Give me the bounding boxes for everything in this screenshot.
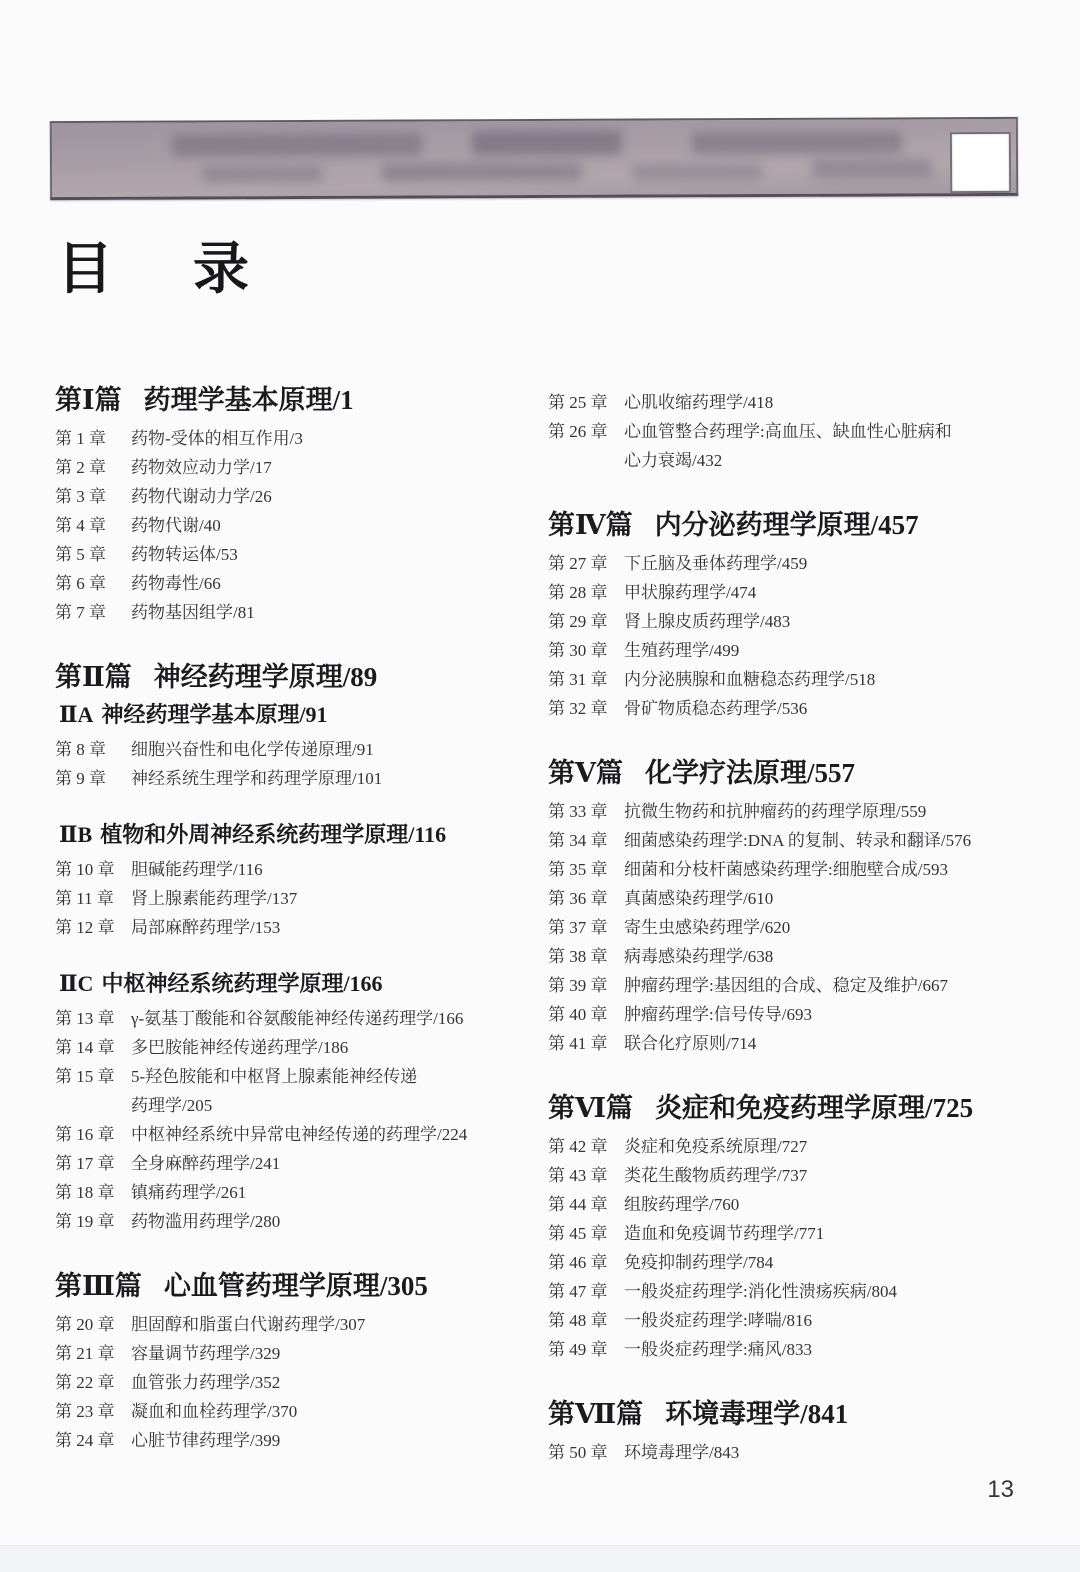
chapter-list: 第 10 章胆碱能药理学/116第 11 章肾上腺素能药理学/137第 12 章… xyxy=(55,855,525,942)
chapter-title-line: 血管张力药理学/352 xyxy=(131,1368,280,1397)
chapter-label: 第 10 章 xyxy=(55,855,123,884)
chapter-row: 第 33 章抗微生物药和抗肿瘤药的药理学原理/559 xyxy=(548,797,1016,826)
chapter-row: 第 4 章药物代谢/40 xyxy=(55,511,525,540)
chapter-title: 一般炎症药理学:痛风/833 xyxy=(624,1335,812,1364)
chapter-title-line: 联合化疗原则/714 xyxy=(624,1029,756,1058)
chapter-title-line: 局部麻醉药理学/153 xyxy=(131,913,280,942)
sub-heading: ⅡC中枢神经系统药理学原理/166 xyxy=(55,968,525,1000)
sub-title: 植物和外周神经系统药理学原理/116 xyxy=(100,819,446,851)
chapter-title: 类花生酸物质药理学/737 xyxy=(624,1161,807,1190)
chapter-label: 第 43 章 xyxy=(548,1161,616,1190)
chapter-title: 肿瘤药理学:信号传导/693 xyxy=(624,1000,812,1029)
chapter-title-line: 胆碱能药理学/116 xyxy=(131,855,263,884)
chapter-row: 第 20 章胆固醇和脂蛋白代谢药理学/307 xyxy=(55,1310,525,1339)
chapter-title: 肿瘤药理学:基因组的合成、稳定及维护/667 xyxy=(624,971,948,1000)
chapter-list: 第 8 章细胞兴奋性和电化学传递原理/91第 9 章神经系统生理学和药理学原理/… xyxy=(55,735,525,793)
chapter-title-line: 细菌感染药理学:DNA 的复制、转录和翻译/576 xyxy=(624,826,971,855)
part-number: 第Ⅱ篇 xyxy=(55,657,132,697)
chapter-list: 第 25 章心肌收缩药理学/418第 26 章心血管整合药理学:高血压、缺血性心… xyxy=(548,388,1016,475)
chapter-title: 胆碱能药理学/116 xyxy=(131,855,263,884)
chapter-title-line: 真菌感染药理学/610 xyxy=(624,884,773,913)
chapter-label: 第 27 章 xyxy=(548,549,616,578)
sub-number: ⅡA xyxy=(59,699,93,731)
sub-number: ⅡB xyxy=(59,819,92,851)
page-number: 13 xyxy=(987,1476,1014,1504)
part-title: 环境毒理学/841 xyxy=(665,1394,848,1434)
chapter-title: 局部麻醉药理学/153 xyxy=(131,913,280,942)
chapter-title-line: 心血管整合药理学:高血压、缺血性心脏病和 xyxy=(624,417,952,446)
toc-section: 第 25 章心肌收缩药理学/418第 26 章心血管整合药理学:高血压、缺血性心… xyxy=(548,388,1016,475)
chapter-title-line: 肾上腺素能药理学/137 xyxy=(131,884,297,913)
chapter-title-line: 免疫抑制药理学/784 xyxy=(624,1248,773,1277)
chapter-label: 第 39 章 xyxy=(548,971,616,1000)
chapter-title: 骨矿物质稳态药理学/536 xyxy=(624,694,807,723)
chapter-label: 第 6 章 xyxy=(55,569,123,598)
chapter-title: 药物基因组学/81 xyxy=(131,598,255,627)
chapter-title-line: 病毒感染药理学/638 xyxy=(624,942,773,971)
chapter-title-line: 药物滥用药理学/280 xyxy=(131,1207,280,1236)
chapter-label: 第 44 章 xyxy=(548,1190,616,1219)
chapter-row: 第 36 章真菌感染药理学/610 xyxy=(548,884,1016,913)
chapter-title: 细菌感染药理学:DNA 的复制、转录和翻译/576 xyxy=(624,826,971,855)
chapter-row: 第 32 章骨矿物质稳态药理学/536 xyxy=(548,694,1016,723)
chapter-title-line: 炎症和免疫系统原理/727 xyxy=(624,1132,807,1161)
chapter-title: 一般炎症药理学:消化性溃疡疾病/804 xyxy=(624,1277,897,1306)
chapter-title: 镇痛药理学/261 xyxy=(131,1178,246,1207)
chapter-title-line: 类花生酸物质药理学/737 xyxy=(624,1161,807,1190)
chapter-row: 第 50 章环境毒理学/843 xyxy=(548,1438,1016,1467)
chapter-list: 第 27 章下丘脑及垂体药理学/459第 28 章甲状腺药理学/474第 29 … xyxy=(548,549,1016,723)
chapter-label: 第 11 章 xyxy=(55,884,123,913)
chapter-row: 第 15 章5-羟色胺能和中枢肾上腺素能神经传递药理学/205 xyxy=(55,1062,525,1120)
chapter-title-line: 细胞兴奋性和电化学传递原理/91 xyxy=(131,735,374,764)
chapter-label: 第 16 章 xyxy=(55,1120,123,1149)
chapter-title: 5-羟色胺能和中枢肾上腺素能神经传递药理学/205 xyxy=(131,1062,417,1120)
chapter-title: 一般炎症药理学:哮喘/816 xyxy=(624,1306,812,1335)
chapter-title-line: 一般炎症药理学:痛风/833 xyxy=(624,1335,812,1364)
chapter-title-line: 骨矿物质稳态药理学/536 xyxy=(624,694,807,723)
sub-heading: ⅡB植物和外周神经系统药理学原理/116 xyxy=(55,819,525,851)
chapter-list: 第 42 章炎症和免疫系统原理/727第 43 章类花生酸物质药理学/737第 … xyxy=(548,1132,1016,1364)
chapter-row: 第 40 章肿瘤药理学:信号传导/693 xyxy=(548,1000,1016,1029)
chapter-row: 第 8 章细胞兴奋性和电化学传递原理/91 xyxy=(55,735,525,764)
chapter-title: 中枢神经系统中异常电神经传递的药理学/224 xyxy=(131,1120,467,1149)
chapter-title: 造血和免疫调节药理学/771 xyxy=(624,1219,824,1248)
chapter-title-line: 胆固醇和脂蛋白代谢药理学/307 xyxy=(131,1310,365,1339)
chapter-row: 第 10 章胆碱能药理学/116 xyxy=(55,855,525,884)
toc-section: 第Ⅵ篇炎症和免疫药理学原理/725第 42 章炎症和免疫系统原理/727第 43… xyxy=(548,1088,1016,1364)
toc-column-right: 第 25 章心肌收缩药理学/418第 26 章心血管整合药理学:高血压、缺血性心… xyxy=(548,384,1016,1467)
chapter-title: 炎症和免疫系统原理/727 xyxy=(624,1132,807,1161)
chapter-row: 第 2 章药物效应动力学/17 xyxy=(55,453,525,482)
chapter-row: 第 7 章药物基因组学/81 xyxy=(55,598,525,627)
chapter-label: 第 28 章 xyxy=(548,578,616,607)
chapter-title-line: 组胺药理学/760 xyxy=(624,1190,739,1219)
page-title-char: 目 xyxy=(57,238,113,302)
chapter-title: 心血管整合药理学:高血压、缺血性心脏病和心力衰竭/432 xyxy=(624,417,952,475)
chapter-label: 第 34 章 xyxy=(548,826,616,855)
banner-cutout-box xyxy=(950,132,1011,193)
chapter-list: 第 33 章抗微生物药和抗肿瘤药的药理学原理/559第 34 章细菌感染药理学:… xyxy=(548,797,1016,1058)
chapter-title: 心肌收缩药理学/418 xyxy=(624,388,773,417)
chapter-row: 第 26 章心血管整合药理学:高血压、缺血性心脏病和心力衰竭/432 xyxy=(548,417,1016,475)
chapter-label: 第 38 章 xyxy=(548,942,616,971)
chapter-title: 药物效应动力学/17 xyxy=(131,453,272,482)
chapter-title-line: 一般炎症药理学:消化性溃疡疾病/804 xyxy=(624,1277,897,1306)
part-title: 心血管药理学原理/305 xyxy=(164,1266,428,1306)
chapter-row: 第 48 章一般炎症药理学:哮喘/816 xyxy=(548,1306,1016,1335)
chapter-list: 第 50 章环境毒理学/843 xyxy=(548,1438,1016,1467)
chapter-title-line: 肿瘤药理学:基因组的合成、稳定及维护/667 xyxy=(624,971,948,1000)
chapter-title: 药物-受体的相互作用/3 xyxy=(131,424,303,453)
chapter-title-line: 心肌收缩药理学/418 xyxy=(624,388,773,417)
chapter-title-line: 中枢神经系统中异常电神经传递的药理学/224 xyxy=(131,1120,467,1149)
chapter-title: 肾上腺皮质药理学/483 xyxy=(624,607,790,636)
ink-bleed-smudge xyxy=(472,131,622,156)
chapter-label: 第 48 章 xyxy=(548,1306,616,1335)
chapter-label: 第 24 章 xyxy=(55,1426,123,1455)
ink-bleed-smudge xyxy=(632,164,762,181)
toc-section: ⅡA神经药理学基本原理/91第 8 章细胞兴奋性和电化学传递原理/91第 9 章… xyxy=(55,699,525,793)
chapter-row: 第 37 章寄生虫感染药理学/620 xyxy=(548,913,1016,942)
chapter-row: 第 14 章多巴胺能神经传递药理学/186 xyxy=(55,1033,525,1062)
chapter-row: 第 23 章凝血和血栓药理学/370 xyxy=(55,1397,525,1426)
chapter-title: 内分泌胰腺和血糖稳态药理学/518 xyxy=(624,665,875,694)
part-heading: 第Ⅶ篇环境毒理学/841 xyxy=(548,1394,1016,1434)
chapter-row: 第 39 章肿瘤药理学:基因组的合成、稳定及维护/667 xyxy=(548,971,1016,1000)
chapter-row: 第 49 章一般炎症药理学:痛风/833 xyxy=(548,1335,1016,1364)
chapter-title: 多巴胺能神经传递药理学/186 xyxy=(131,1033,348,1062)
chapter-title-line: 心力衰竭/432 xyxy=(624,446,952,475)
chapter-row: 第 45 章造血和免疫调节药理学/771 xyxy=(548,1219,1016,1248)
chapter-title-line: 生殖药理学/499 xyxy=(624,636,739,665)
chapter-title-line: 肾上腺皮质药理学/483 xyxy=(624,607,790,636)
chapter-title-line: 镇痛药理学/261 xyxy=(131,1178,246,1207)
toc-section: 第Ⅲ篇心血管药理学原理/305第 20 章胆固醇和脂蛋白代谢药理学/307第 2… xyxy=(55,1266,525,1455)
chapter-title: 胆固醇和脂蛋白代谢药理学/307 xyxy=(131,1310,365,1339)
chapter-title: 神经系统生理学和药理学原理/101 xyxy=(131,764,382,793)
chapter-row: 第 42 章炎症和免疫系统原理/727 xyxy=(548,1132,1016,1161)
chapter-title: 药物代谢/40 xyxy=(131,511,221,540)
chapter-row: 第 22 章血管张力药理学/352 xyxy=(55,1368,525,1397)
chapter-title: 肾上腺素能药理学/137 xyxy=(131,884,297,913)
part-heading: 第Ⅵ篇炎症和免疫药理学原理/725 xyxy=(548,1088,1016,1128)
chapter-title-line: 药理学/205 xyxy=(131,1091,417,1120)
chapter-title-line: 药物代谢动力学/26 xyxy=(131,482,272,511)
ink-bleed-smudge xyxy=(812,159,932,178)
chapter-title-line: 造血和免疫调节药理学/771 xyxy=(624,1219,824,1248)
chapter-row: 第 43 章类花生酸物质药理学/737 xyxy=(548,1161,1016,1190)
chapter-row: 第 29 章肾上腺皮质药理学/483 xyxy=(548,607,1016,636)
chapter-label: 第 19 章 xyxy=(55,1207,123,1236)
chapter-title-line: 凝血和血栓药理学/370 xyxy=(131,1397,297,1426)
chapter-title-line: 5-羟色胺能和中枢肾上腺素能神经传递 xyxy=(131,1062,417,1091)
chapter-label: 第 2 章 xyxy=(55,453,123,482)
chapter-title: 凝血和血栓药理学/370 xyxy=(131,1397,297,1426)
chapter-title-line: 肿瘤药理学:信号传导/693 xyxy=(624,1000,812,1029)
chapter-label: 第 47 章 xyxy=(548,1277,616,1306)
page-title: 目 录 xyxy=(57,238,249,302)
chapter-row: 第 44 章组胺药理学/760 xyxy=(548,1190,1016,1219)
chapter-title: 容量调节药理学/329 xyxy=(131,1339,280,1368)
chapter-label: 第 40 章 xyxy=(548,1000,616,1029)
chapter-label: 第 1 章 xyxy=(55,424,123,453)
chapter-row: 第 3 章药物代谢动力学/26 xyxy=(55,482,525,511)
chapter-title-line: 一般炎症药理学:哮喘/816 xyxy=(624,1306,812,1335)
part-number: 第Ⅳ篇 xyxy=(548,505,633,545)
part-heading: 第Ⅲ篇心血管药理学原理/305 xyxy=(55,1266,525,1306)
toc-section: 第Ⅶ篇环境毒理学/841第 50 章环境毒理学/843 xyxy=(548,1394,1016,1467)
chapter-label: 第 7 章 xyxy=(55,598,123,627)
toc-section: 第Ⅳ篇内分泌药理学原理/457第 27 章下丘脑及垂体药理学/459第 28 章… xyxy=(548,505,1016,723)
chapter-label: 第 15 章 xyxy=(55,1062,123,1091)
toc-section: 第Ⅰ篇药理学基本原理/1第 1 章药物-受体的相互作用/3第 2 章药物效应动力… xyxy=(55,380,525,627)
chapter-label: 第 46 章 xyxy=(548,1248,616,1277)
chapter-title: 全身麻醉药理学/241 xyxy=(131,1149,280,1178)
chapter-title-line: 细菌和分枝杆菌感染药理学:细胞壁合成/593 xyxy=(624,855,948,884)
chapter-row: 第 41 章联合化疗原则/714 xyxy=(548,1029,1016,1058)
chapter-title-line: 甲状腺药理学/474 xyxy=(624,578,756,607)
ink-bleed-smudge xyxy=(202,166,322,183)
chapter-title-line: 下丘脑及垂体药理学/459 xyxy=(624,549,807,578)
toc-section: 第Ⅱ篇神经药理学原理/89 xyxy=(55,657,525,697)
chapter-label: 第 32 章 xyxy=(548,694,616,723)
ink-bleed-smudge xyxy=(382,163,582,182)
chapter-label: 第 30 章 xyxy=(548,636,616,665)
chapter-label: 第 12 章 xyxy=(55,913,123,942)
chapter-title: 免疫抑制药理学/784 xyxy=(624,1248,773,1277)
sub-heading: ⅡA神经药理学基本原理/91 xyxy=(55,699,525,731)
chapter-label: 第 14 章 xyxy=(55,1033,123,1062)
chapter-row: 第 19 章药物滥用药理学/280 xyxy=(55,1207,525,1236)
chapter-title: 甲状腺药理学/474 xyxy=(624,578,756,607)
chapter-title: 环境毒理学/843 xyxy=(624,1438,739,1467)
chapter-row: 第 11 章肾上腺素能药理学/137 xyxy=(55,884,525,913)
chapter-title: 心脏节律药理学/399 xyxy=(131,1426,280,1455)
chapter-label: 第 49 章 xyxy=(548,1335,616,1364)
toc-section: ⅡB植物和外周神经系统药理学原理/116第 10 章胆碱能药理学/116第 11… xyxy=(55,819,525,942)
chapter-title: 组胺药理学/760 xyxy=(624,1190,739,1219)
chapter-title: 联合化疗原则/714 xyxy=(624,1029,756,1058)
chapter-row: 第 35 章细菌和分枝杆菌感染药理学:细胞壁合成/593 xyxy=(548,855,1016,884)
chapter-title: 药物毒性/66 xyxy=(131,569,221,598)
chapter-title: γ-氨基丁酸能和谷氨酸能神经传递药理学/166 xyxy=(131,1004,463,1033)
chapter-list: 第 20 章胆固醇和脂蛋白代谢药理学/307第 21 章容量调节药理学/329第… xyxy=(55,1310,525,1455)
chapter-title-line: 寄生虫感染药理学/620 xyxy=(624,913,790,942)
chapter-label: 第 31 章 xyxy=(548,665,616,694)
part-number: 第Ⅶ篇 xyxy=(548,1394,643,1434)
chapter-label: 第 35 章 xyxy=(548,855,616,884)
chapter-label: 第 20 章 xyxy=(55,1310,123,1339)
part-number: 第Ⅴ篇 xyxy=(548,753,623,793)
chapter-title: 细菌和分枝杆菌感染药理学:细胞壁合成/593 xyxy=(624,855,948,884)
sub-title: 中枢神经系统药理学原理/166 xyxy=(101,968,382,1000)
chapter-row: 第 9 章神经系统生理学和药理学原理/101 xyxy=(55,764,525,793)
chapter-row: 第 1 章药物-受体的相互作用/3 xyxy=(55,424,525,453)
chapter-row: 第 25 章心肌收缩药理学/418 xyxy=(548,388,1016,417)
chapter-row: 第 13 章γ-氨基丁酸能和谷氨酸能神经传递药理学/166 xyxy=(55,1004,525,1033)
chapter-row: 第 5 章药物转运体/53 xyxy=(55,540,525,569)
chapter-label: 第 21 章 xyxy=(55,1339,123,1368)
page-title-char: 录 xyxy=(193,238,249,302)
chapter-row: 第 24 章心脏节律药理学/399 xyxy=(55,1426,525,1455)
chapter-title-line: 心脏节律药理学/399 xyxy=(131,1426,280,1455)
sub-number: ⅡC xyxy=(59,968,93,1000)
scan-edge-shadow xyxy=(0,1545,1080,1572)
chapter-title-line: 药物毒性/66 xyxy=(131,569,221,598)
chapter-title: 药物转运体/53 xyxy=(131,540,238,569)
chapter-label: 第 13 章 xyxy=(55,1004,123,1033)
chapter-title-line: 内分泌胰腺和血糖稳态药理学/518 xyxy=(624,665,875,694)
chapter-title: 药物滥用药理学/280 xyxy=(131,1207,280,1236)
part-number: 第Ⅵ篇 xyxy=(548,1088,633,1128)
chapter-label: 第 5 章 xyxy=(55,540,123,569)
chapter-row: 第 21 章容量调节药理学/329 xyxy=(55,1339,525,1368)
sub-title: 神经药理学基本原理/91 xyxy=(101,699,327,731)
chapter-title-line: 药物效应动力学/17 xyxy=(131,453,272,482)
chapter-label: 第 3 章 xyxy=(55,482,123,511)
chapter-title: 下丘脑及垂体药理学/459 xyxy=(624,549,807,578)
chapter-title-line: 环境毒理学/843 xyxy=(624,1438,739,1467)
part-title: 化学疗法原理/557 xyxy=(645,753,855,793)
chapter-row: 第 16 章中枢神经系统中异常电神经传递的药理学/224 xyxy=(55,1120,525,1149)
chapter-title: 生殖药理学/499 xyxy=(624,636,739,665)
toc-section: 第Ⅴ篇化学疗法原理/557第 33 章抗微生物药和抗肿瘤药的药理学原理/559第… xyxy=(548,753,1016,1058)
part-title: 炎症和免疫药理学原理/725 xyxy=(655,1088,973,1128)
part-title: 神经药理学原理/89 xyxy=(154,657,378,697)
chapter-title-line: 全身麻醉药理学/241 xyxy=(131,1149,280,1178)
chapter-title-line: 多巴胺能神经传递药理学/186 xyxy=(131,1033,348,1062)
chapter-title-line: γ-氨基丁酸能和谷氨酸能神经传递药理学/166 xyxy=(131,1004,463,1033)
chapter-label: 第 42 章 xyxy=(548,1132,616,1161)
chapter-title: 真菌感染药理学/610 xyxy=(624,884,773,913)
chapter-row: 第 31 章内分泌胰腺和血糖稳态药理学/518 xyxy=(548,665,1016,694)
chapter-title-line: 药物转运体/53 xyxy=(131,540,238,569)
chapter-title: 抗微生物药和抗肿瘤药的药理学原理/559 xyxy=(624,797,926,826)
chapter-label: 第 36 章 xyxy=(548,884,616,913)
chapter-label: 第 4 章 xyxy=(55,511,123,540)
chapter-title: 病毒感染药理学/638 xyxy=(624,942,773,971)
part-heading: 第Ⅰ篇药理学基本原理/1 xyxy=(55,380,525,420)
part-heading: 第Ⅴ篇化学疗法原理/557 xyxy=(548,753,1016,793)
part-number: 第Ⅲ篇 xyxy=(55,1266,142,1306)
chapter-row: 第 47 章一般炎症药理学:消化性溃疡疾病/804 xyxy=(548,1277,1016,1306)
chapter-row: 第 12 章局部麻醉药理学/153 xyxy=(55,913,525,942)
chapter-row: 第 38 章病毒感染药理学/638 xyxy=(548,942,1016,971)
chapter-title: 药物代谢动力学/26 xyxy=(131,482,272,511)
part-heading: 第Ⅱ篇神经药理学原理/89 xyxy=(55,657,525,697)
chapter-row: 第 6 章药物毒性/66 xyxy=(55,569,525,598)
part-title: 药理学基本原理/1 xyxy=(144,380,354,420)
part-number: 第Ⅰ篇 xyxy=(55,380,122,420)
chapter-label: 第 41 章 xyxy=(548,1029,616,1058)
chapter-label: 第 45 章 xyxy=(548,1219,616,1248)
chapter-label: 第 25 章 xyxy=(548,388,616,417)
chapter-list: 第 1 章药物-受体的相互作用/3第 2 章药物效应动力学/17第 3 章药物代… xyxy=(55,424,525,627)
chapter-row: 第 46 章免疫抑制药理学/784 xyxy=(548,1248,1016,1277)
chapter-list: 第 13 章γ-氨基丁酸能和谷氨酸能神经传递药理学/166第 14 章多巴胺能神… xyxy=(55,1004,525,1236)
chapter-row: 第 34 章细菌感染药理学:DNA 的复制、转录和翻译/576 xyxy=(548,826,1016,855)
chapter-label: 第 22 章 xyxy=(55,1368,123,1397)
chapter-row: 第 30 章生殖药理学/499 xyxy=(548,636,1016,665)
chapter-label: 第 23 章 xyxy=(55,1397,123,1426)
toc-section: ⅡC中枢神经系统药理学原理/166第 13 章γ-氨基丁酸能和谷氨酸能神经传递药… xyxy=(55,968,525,1236)
chapter-label: 第 26 章 xyxy=(548,417,616,446)
chapter-title-line: 药物代谢/40 xyxy=(131,511,221,540)
chapter-title-line: 容量调节药理学/329 xyxy=(131,1339,280,1368)
ink-bleed-smudge xyxy=(692,131,902,154)
chapter-row: 第 28 章甲状腺药理学/474 xyxy=(548,578,1016,607)
chapter-title-line: 神经系统生理学和药理学原理/101 xyxy=(131,764,382,793)
chapter-row: 第 17 章全身麻醉药理学/241 xyxy=(55,1149,525,1178)
chapter-label: 第 8 章 xyxy=(55,735,123,764)
chapter-title-line: 药物-受体的相互作用/3 xyxy=(131,424,303,453)
chapter-label: 第 29 章 xyxy=(548,607,616,636)
chapter-title-line: 药物基因组学/81 xyxy=(131,598,255,627)
chapter-label: 第 50 章 xyxy=(548,1438,616,1467)
ink-bleed-smudge xyxy=(172,133,422,156)
part-heading: 第Ⅳ篇内分泌药理学原理/457 xyxy=(548,505,1016,545)
part-title: 内分泌药理学原理/457 xyxy=(655,505,919,545)
chapter-title: 细胞兴奋性和电化学传递原理/91 xyxy=(131,735,374,764)
chapter-label: 第 9 章 xyxy=(55,764,123,793)
chapter-title: 血管张力药理学/352 xyxy=(131,1368,280,1397)
chapter-row: 第 27 章下丘脑及垂体药理学/459 xyxy=(548,549,1016,578)
chapter-title-line: 抗微生物药和抗肿瘤药的药理学原理/559 xyxy=(624,797,926,826)
scanned-toc-page: 目 录 第Ⅰ篇药理学基本原理/1第 1 章药物-受体的相互作用/3第 2 章药物… xyxy=(0,0,1080,1572)
chapter-label: 第 18 章 xyxy=(55,1178,123,1207)
scanned-header-banner xyxy=(50,117,1018,200)
chapter-label: 第 37 章 xyxy=(548,913,616,942)
chapter-label: 第 17 章 xyxy=(55,1149,123,1178)
toc-column-left: 第Ⅰ篇药理学基本原理/1第 1 章药物-受体的相互作用/3第 2 章药物效应动力… xyxy=(55,380,525,1455)
chapter-label: 第 33 章 xyxy=(548,797,616,826)
chapter-title: 寄生虫感染药理学/620 xyxy=(624,913,790,942)
chapter-row: 第 18 章镇痛药理学/261 xyxy=(55,1178,525,1207)
